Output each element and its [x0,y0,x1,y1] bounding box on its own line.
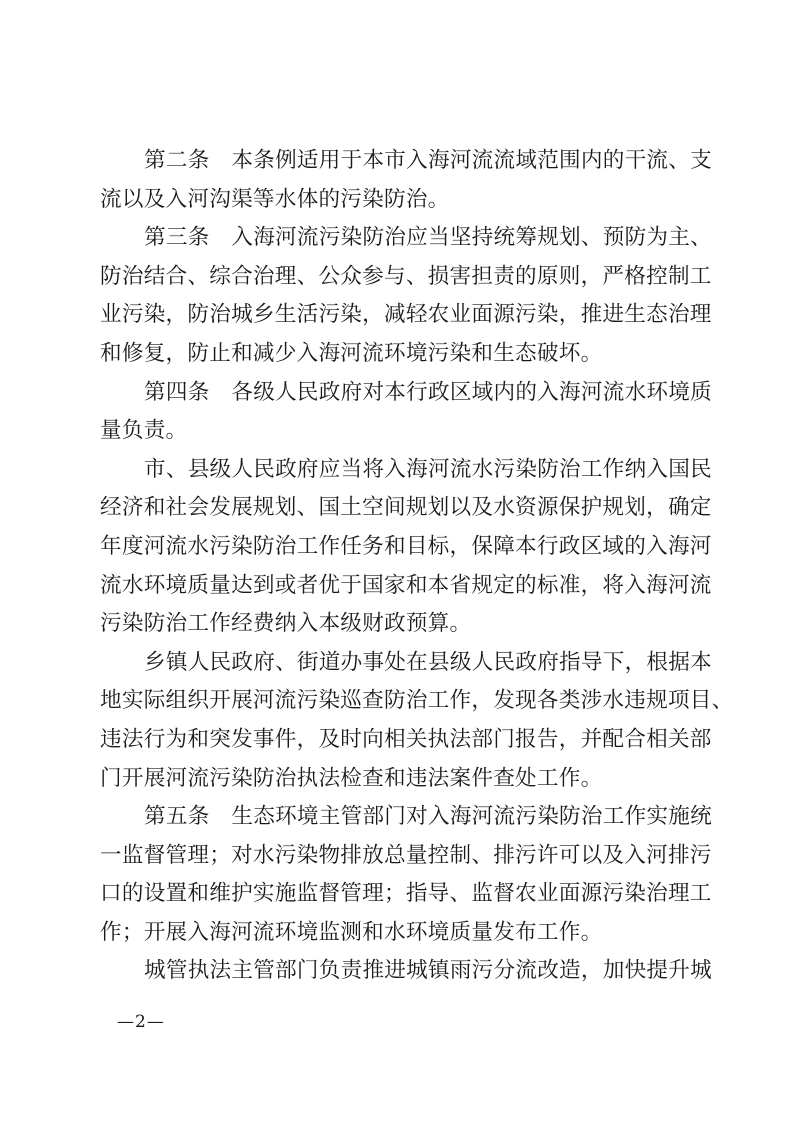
text-line: 门开展河流污染防治执法检查和违法案件查处工作。 [100,760,720,799]
text-line: 流水环境质量达到或者优于国家和本省规定的标准，将入海河流 [100,567,720,606]
text-line: 污染防治工作经费纳入本级财政预算。 [100,605,720,644]
text-line: 第三条 入海河流污染防治应当坚持统筹规划、预防为主、 [100,219,720,258]
text-line: 防治结合、综合治理、公众参与、损害担责的原则，严格控制工 [100,258,720,297]
article-5-paragraph: 第五条 生态环境主管部门对入海河流污染防治工作实施统 一监督管理；对水污染物排放… [100,798,720,952]
text-line: 口的设置和维护实施监督管理；指导、监督农业面源污染治理工 [100,875,720,914]
text-line: 一监督管理；对水污染物排放总量控制、排污许可以及入河排污 [100,837,720,876]
text-line: 地实际组织开展河流污染巡查防治工作，发现各类涉水违规项目、 [100,682,720,721]
article-3-paragraph: 第三条 入海河流污染防治应当坚持统筹规划、预防为主、 防治结合、综合治理、公众参… [100,219,720,373]
article-4-subparagraph-3: 乡镇人民政府、街道办事处在县级人民政府指导下，根据本 地实际组织开展河流污染巡查… [100,644,720,798]
text-line: 年度河流水污染防治工作任务和目标，保障本行政区域的入海河 [100,528,720,567]
text-line: 作；开展入海河流环境监测和水环境质量发布工作。 [100,914,720,953]
text-line: 乡镇人民政府、街道办事处在县级人民政府指导下，根据本 [100,644,720,683]
page-number: —2— [117,1012,165,1032]
article-2-paragraph: 第二条 本条例适用于本市入海河流流域范围内的干流、支 流以及入河沟渠等水体的污染… [100,142,720,219]
article-4-paragraph: 第四条 各级人民政府对本行政区域内的入海河流水环境质 量负责。 [100,374,720,451]
text-line: 城管执法主管部门负责推进城镇雨污分流改造，加快提升城 [100,952,720,991]
document-page: 第二条 本条例适用于本市入海河流流域范围内的干流、支 流以及入河沟渠等水体的污染… [100,142,720,991]
text-line: 流以及入河沟渠等水体的污染防治。 [100,181,720,220]
text-line: 违法行为和突发事件，及时向相关执法部门报告，并配合相关部 [100,721,720,760]
text-line: 第四条 各级人民政府对本行政区域内的入海河流水环境质 [100,374,720,413]
text-line: 第五条 生态环境主管部门对入海河流污染防治工作实施统 [100,798,720,837]
article-5-subparagraph-2: 城管执法主管部门负责推进城镇雨污分流改造，加快提升城 [100,952,720,991]
text-line: 市、县级人民政府应当将入海河流水污染防治工作纳入国民 [100,451,720,490]
text-line: 经济和社会发展规划、国土空间规划以及水资源保护规划，确定 [100,489,720,528]
text-line: 业污染，防治城乡生活污染，减轻农业面源污染，推进生态治理 [100,296,720,335]
text-line: 量负责。 [100,412,720,451]
text-line: 和修复，防止和减少入海河流环境污染和生态破坏。 [100,335,720,374]
article-4-subparagraph-2: 市、县级人民政府应当将入海河流水污染防治工作纳入国民 经济和社会发展规划、国土空… [100,451,720,644]
text-line: 第二条 本条例适用于本市入海河流流域范围内的干流、支 [100,142,720,181]
